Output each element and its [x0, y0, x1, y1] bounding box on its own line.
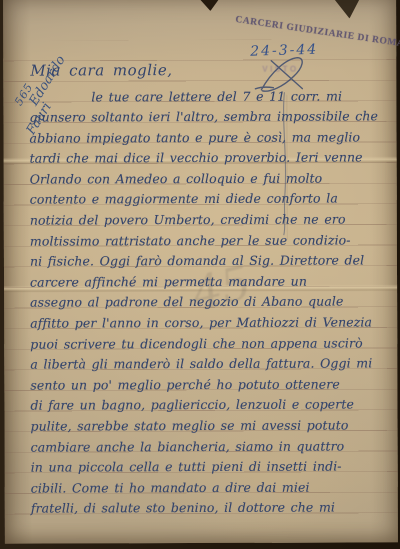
- letter-body-line: cibili. Come ti ho mandato a dire dai mi…: [31, 476, 393, 498]
- letter-body-line: di fare un bagno, pagliericcio, lenzuoli…: [30, 394, 392, 416]
- letter-body-line: a libertà gli manderò il saldo della fat…: [30, 353, 392, 375]
- letter-body-line: sento un po' meglio perché ho potuto ott…: [30, 373, 392, 395]
- letter-body-line: carcere affinché mi permetta mandare un: [30, 270, 392, 292]
- letter-body-line: Orlando con Amedeo a colloquio e fui mol…: [30, 167, 392, 189]
- letter-body-line: puoi scrivere tu dicendogli che non appe…: [30, 332, 392, 354]
- letter-body-line: abbiano impiegato tanto e pure è così, m…: [29, 126, 391, 148]
- letter-body-line: cambiare anche la biancheria, siamo in q…: [31, 435, 393, 457]
- letter-body-line: affitto per l'anno in corso, per Mathioz…: [30, 311, 392, 333]
- letter-body-line: pulite, sarebbe stato meglio se mi avess…: [31, 414, 393, 436]
- letter-salutation: Mia cara moglie,: [30, 61, 172, 79]
- letter-body-line: in una piccola cella e tutti pieni di in…: [31, 456, 393, 478]
- letter-body-line: fratelli, di salute sto benino, il dotto…: [31, 497, 393, 519]
- letter-body-line: notizia del povero Umberto, credimi che …: [30, 208, 392, 230]
- letter-body-line: tardi che mai dice il vecchio proverbio.…: [30, 147, 392, 169]
- letter-photograph: 565 Edoardo Fauri CARCERI GIUDIZIARIE DI…: [0, 0, 400, 549]
- letter-paper: 565 Edoardo Fauri CARCERI GIUDIZIARIE DI…: [3, 0, 398, 544]
- letter-body: le tue care lettere del 7 e 11 corr. mig…: [29, 85, 393, 519]
- letter-body-line: giunsero soltanto ieri l'altro, sembra i…: [29, 105, 391, 127]
- letter-body-line: contento e maggiormente mi diede confort…: [30, 188, 392, 210]
- letter-body-line: moltissimo rattristato anche per le sue …: [30, 229, 392, 251]
- letter-body-line: ni fisiche. Oggi farò domanda al Sig. Di…: [30, 250, 392, 272]
- letter-body-line: assegno al padrone del negozio di Abano …: [30, 291, 392, 313]
- letter-body-line: le tue care lettere del 7 e 11 corr. mi: [29, 85, 391, 107]
